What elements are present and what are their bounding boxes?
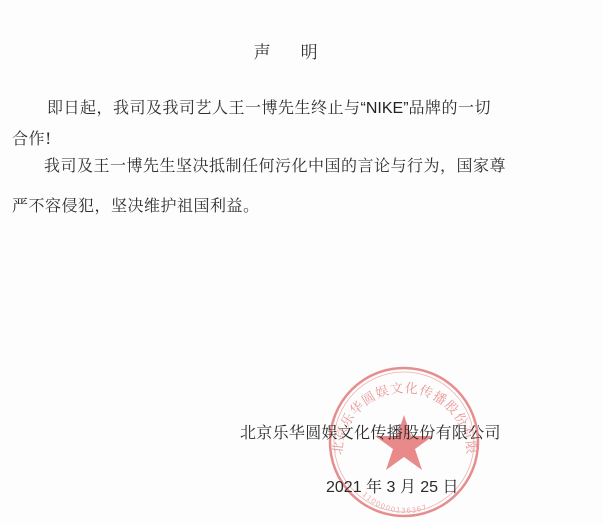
paragraph-1-text-before: 即日起，我司及我司艺人王一博先生终止与	[47, 98, 361, 117]
paragraph-1-line-2: 合作!	[12, 126, 52, 149]
paragraph-2-line-1: 我司及王一博先生坚决抵制任何污化中国的言论与行为，国家尊	[44, 153, 506, 176]
paragraph-1-text-after: 品牌的一切	[409, 98, 492, 117]
paragraph-1-line-1: 即日起，我司及我司艺人王一博先生终止与“NIKE”品牌的一切	[47, 95, 491, 118]
paragraph-2-line-2: 严不容侵犯，坚决维护祖国利益。	[12, 193, 260, 216]
signing-date: 2021 年 3 月 25 日	[326, 474, 459, 497]
title-char-left: 声	[254, 38, 271, 63]
document-title: 声明	[232, 18, 318, 83]
brand-name: “NIKE”	[361, 100, 409, 117]
signing-company: 北京乐华圆娱文化传播股份有限公司	[240, 420, 501, 443]
title-char-right: 明	[301, 38, 318, 63]
statement-document: 声明 即日起，我司及我司艺人王一博先生终止与“NIKE”品牌的一切 合作! 我司…	[0, 0, 603, 525]
